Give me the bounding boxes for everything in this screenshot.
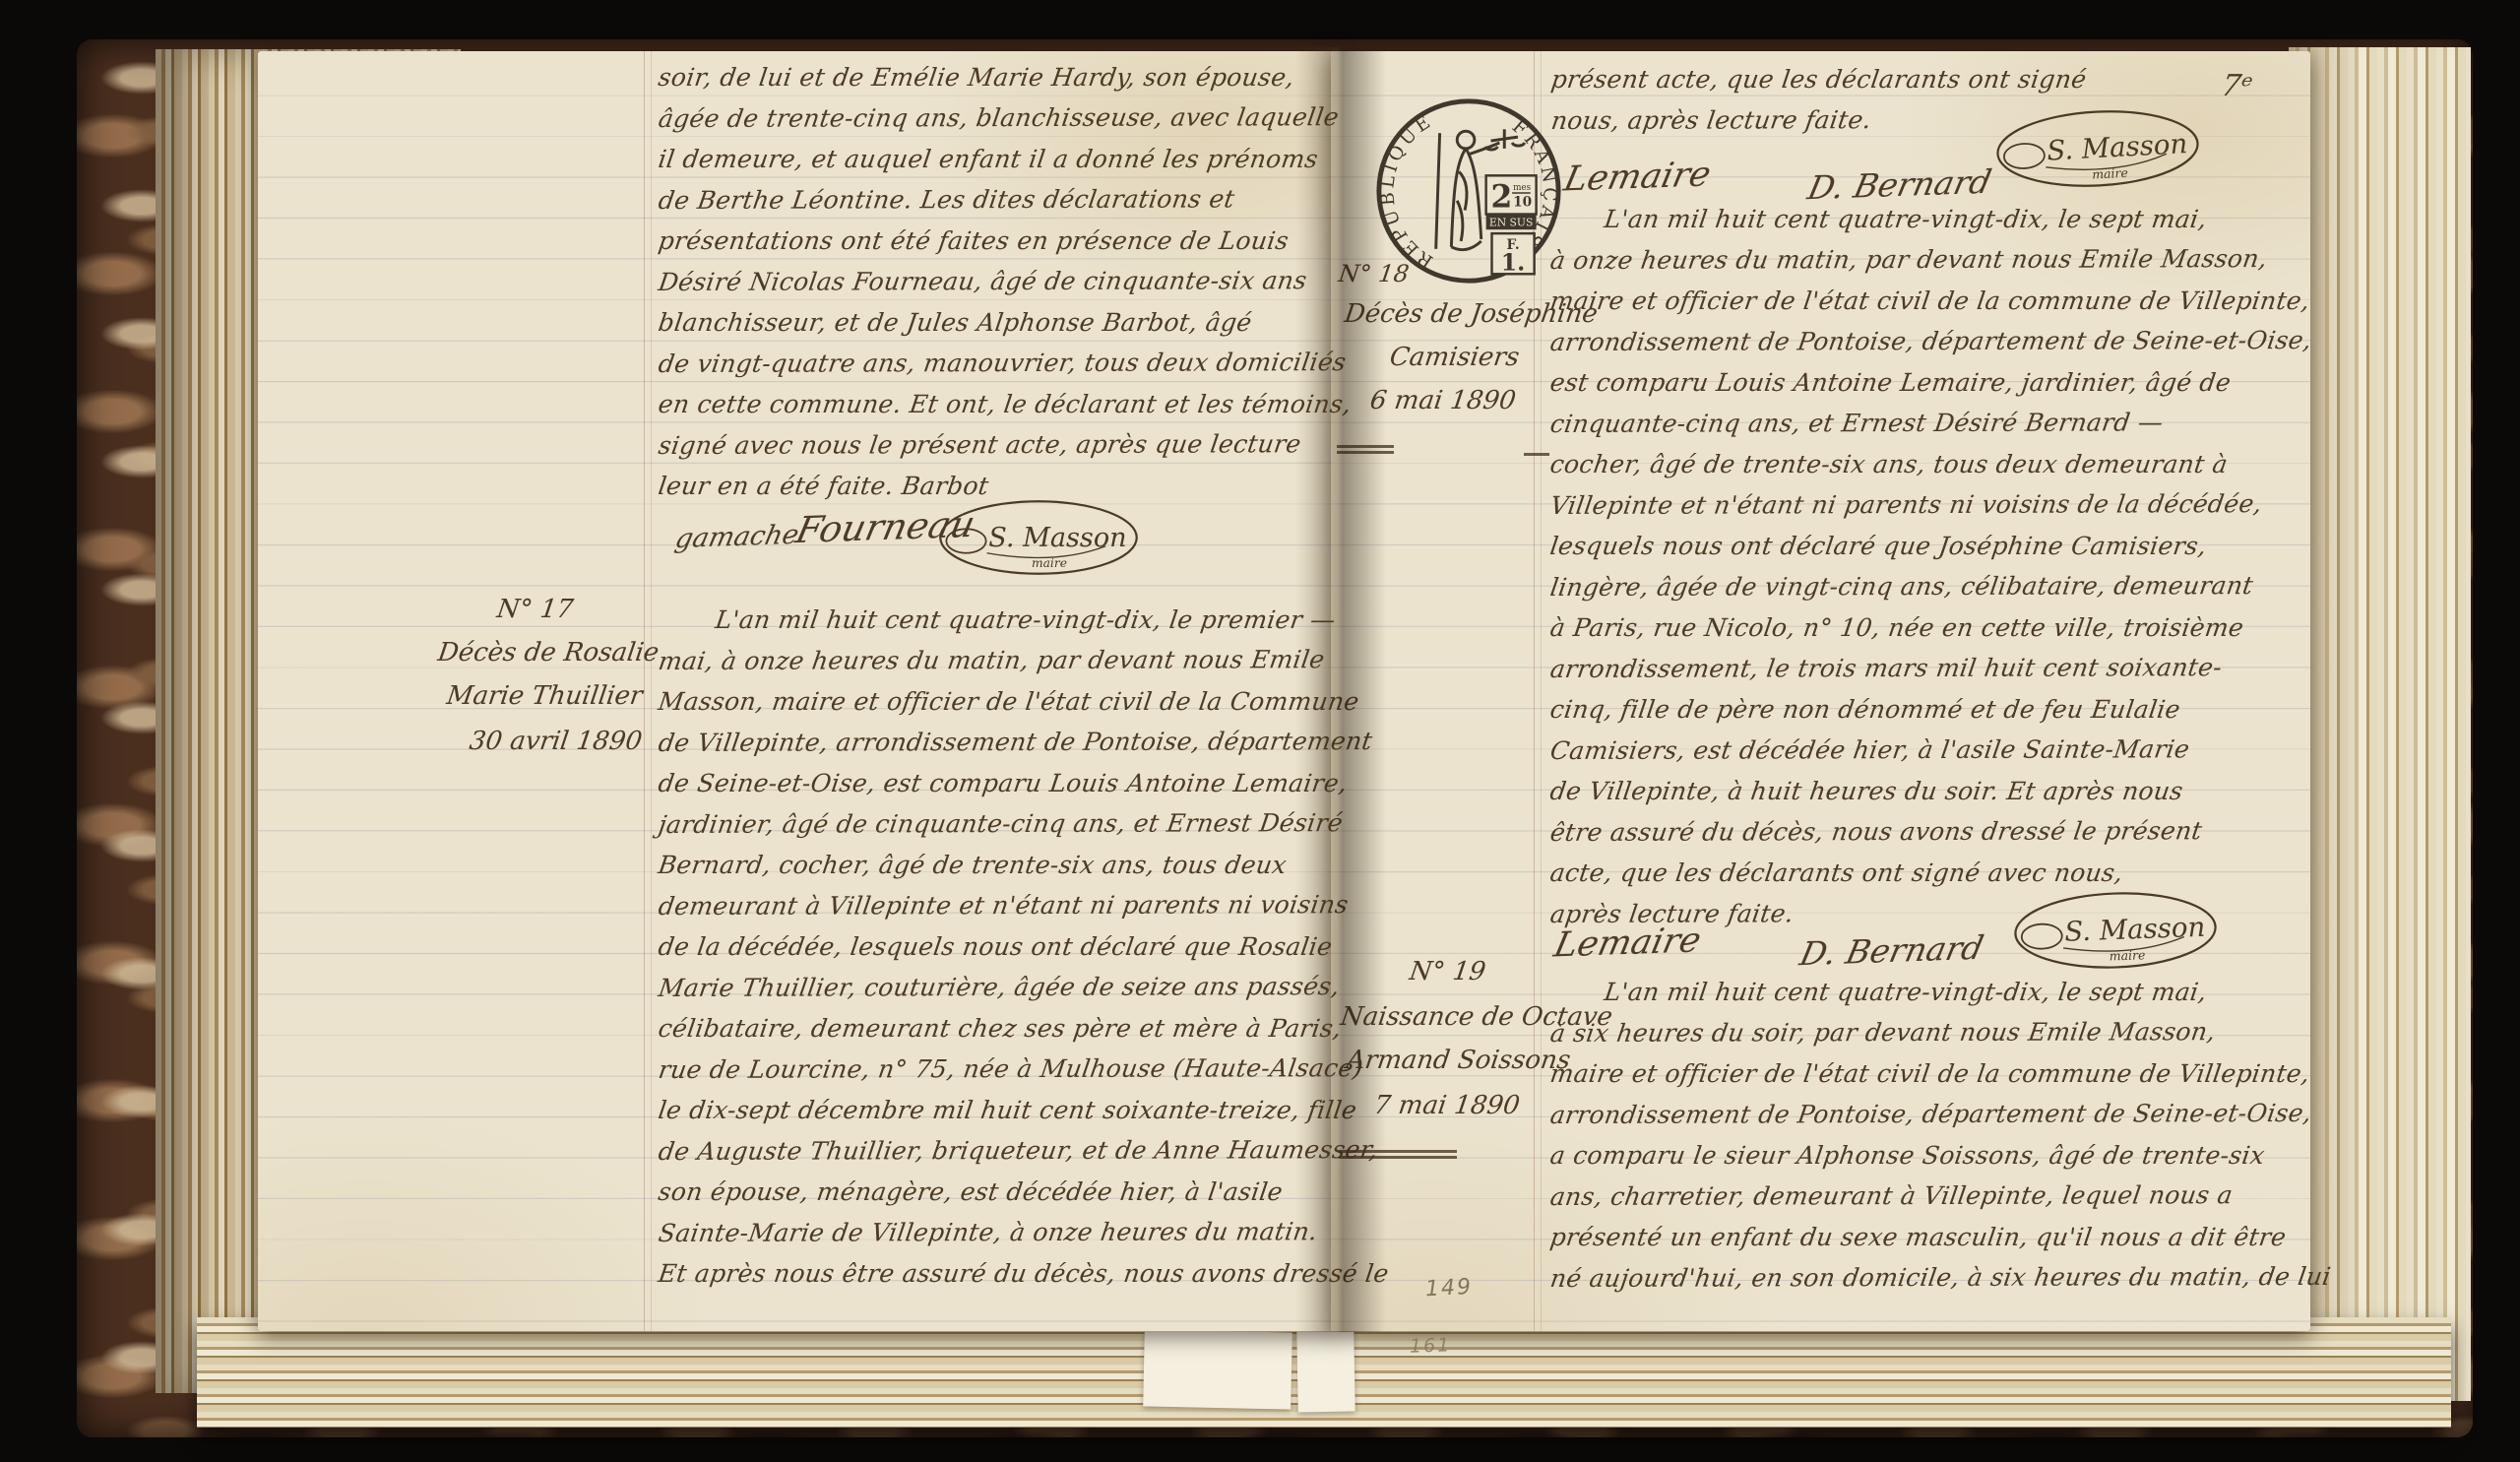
handwritten-line: son épouse, ménagère, est décédée hier, … bbox=[656, 1172, 1351, 1213]
margin-rule bbox=[651, 51, 652, 1331]
act19-date: 7 mai 1890 bbox=[1372, 1091, 1522, 1120]
flourish bbox=[946, 529, 985, 553]
mayor-title: maire bbox=[2110, 947, 2146, 963]
handwritten-line: de Auguste Thuillier, briqueteur, et de … bbox=[656, 1129, 1351, 1172]
handwritten-line: est comparu Louis Antoine Lemaire, jardi… bbox=[1547, 362, 2321, 404]
mayor-signature: S. Masson bbox=[2064, 911, 2206, 948]
tax-sup: mes bbox=[1513, 183, 1532, 193]
handwritten-line: de Berthe Léontine. Les dites déclaratio… bbox=[656, 178, 1341, 221]
tax-band: EN SUS bbox=[1489, 216, 1534, 228]
handwritten-line: Désiré Nicolas Fourneau, âgé de cinquant… bbox=[656, 260, 1341, 302]
handwritten-line: lesquels nous ont déclaré que Joséphine … bbox=[1547, 526, 2321, 567]
fiscal-stamp: RÉPUBLIQUE FRANÇAISE 2 mes 10 bbox=[1372, 95, 1565, 287]
act19-body-text: L'an mil huit cent quatre-vingt-dix, le … bbox=[1547, 972, 2325, 1299]
handwritten-line: blanchisseur, et de Jules Alphonse Barbo… bbox=[656, 302, 1341, 344]
act19-number: N° 19 bbox=[1408, 957, 1487, 986]
handwritten-line: à six heures du soir, par devant nous Em… bbox=[1547, 1010, 2331, 1053]
paper-slip bbox=[1143, 1329, 1292, 1409]
signature-witness-lemaire: Lemaire bbox=[1560, 155, 1714, 199]
handwritten-line: L'an mil huit cent quatre-vingt-dix, le … bbox=[1547, 199, 2321, 240]
handwritten-line: célibataire, demeurant chez ses père et … bbox=[656, 1008, 1351, 1049]
handwritten-line: de Seine-et-Oise, est comparu Louis Anto… bbox=[656, 763, 1351, 804]
handwritten-line: de Villepinte, à huit heures du soir. Et… bbox=[1547, 771, 2321, 812]
pencil-page-number-under: 161 bbox=[1410, 1334, 1452, 1357]
handwritten-line: signé avec nous le présent acte, après q… bbox=[656, 423, 1341, 466]
act18-type-line2: Camisiers bbox=[1388, 343, 1521, 372]
act18-date: 6 mai 1890 bbox=[1368, 386, 1518, 415]
margin-dash bbox=[1337, 445, 1394, 448]
handwritten-line: mai, à onze heures du matin, par devant … bbox=[656, 639, 1351, 681]
handwritten-line: Et après nous être assuré du décès, nous… bbox=[656, 1253, 1351, 1295]
handwritten-line: à Paris, rue Nicolo, n° 10, née en cette… bbox=[1547, 607, 2321, 649]
handwritten-line: présenté un enfant du sexe masculin, qu'… bbox=[1547, 1217, 2331, 1258]
mayor-title: maire bbox=[1032, 556, 1067, 570]
signature-witness-lemaire: Lemaire bbox=[1550, 921, 1704, 965]
tax-sub: 10 bbox=[1513, 195, 1532, 211]
mayor-title: maire bbox=[2092, 165, 2128, 182]
signature-witness-gamache: gamache bbox=[672, 520, 801, 554]
pencil-page-number: 149 bbox=[1424, 1275, 1473, 1302]
handwritten-line: lingère, âgée de vingt-cinq ans, célibat… bbox=[1547, 564, 2321, 607]
margin-dash bbox=[1524, 453, 1549, 456]
handwritten-line: arrondissement, le trois mars mil huit c… bbox=[1547, 646, 2321, 689]
act17-type-line2: Marie Thuillier bbox=[445, 681, 645, 711]
paper-slip bbox=[1296, 1329, 1354, 1413]
act18-number: N° 18 bbox=[1337, 260, 1411, 287]
mayor-signature: S. Masson bbox=[988, 523, 1126, 553]
margin-dash bbox=[1339, 1150, 1457, 1153]
signature-witness-bernard: D. Bernard bbox=[1796, 928, 1986, 973]
handwritten-line: cinquante-cinq ans, et Ernest Désiré Ber… bbox=[1547, 401, 2321, 444]
handwritten-line: être assuré du décès, nous avons dressé … bbox=[1547, 809, 2321, 853]
franc-value: 1. bbox=[1501, 248, 1526, 276]
stamp-arc-left-label: RÉPUBLIQUE bbox=[1377, 110, 1437, 272]
handwritten-line: le dix-sept décembre mil huit cent soixa… bbox=[656, 1090, 1351, 1131]
handwritten-line: maire et officier de l'état civil de la … bbox=[1547, 1053, 2331, 1095]
mayor-signature: S. Masson bbox=[2046, 127, 2188, 166]
mayor-oval-stamp: S. Masson maire bbox=[2008, 880, 2222, 980]
handwritten-line: jardinier, âgé de cinquante-cinq ans, et… bbox=[656, 802, 1351, 845]
handwritten-line: présent acte, que les déclarants ont sig… bbox=[1548, 59, 2243, 100]
handwritten-line: demeurant à Villepinte et n'étant ni par… bbox=[656, 884, 1351, 926]
handwritten-line: Bernard, cocher, âgé de trente-six ans, … bbox=[656, 845, 1351, 886]
handwritten-line: arrondissement de Pontoise, département … bbox=[1547, 1092, 2331, 1135]
tax-value: 2 bbox=[1491, 180, 1513, 216]
handwritten-line: cocher, âgé de trente-six ans, tous deux… bbox=[1547, 444, 2321, 485]
act16-continuation-text: soir, de lui et de Emélie Marie Hardy, s… bbox=[656, 57, 1335, 507]
handwritten-line: Marie Thuillier, couturière, âgée de sei… bbox=[656, 966, 1351, 1008]
handwritten-line: L'an mil huit cent quatre-vingt-dix, le … bbox=[1547, 972, 2331, 1013]
handwritten-line: Sainte-Marie de Villepinte, à onze heure… bbox=[656, 1211, 1351, 1253]
handwritten-line: de la décédée, lesquels nous ont déclaré… bbox=[656, 926, 1351, 968]
act18-body-text: L'an mil huit cent quatre-vingt-dix, le … bbox=[1547, 199, 2315, 934]
handwritten-line: maire et officier de l'état civil de la … bbox=[1547, 281, 2321, 322]
handwritten-line: à onze heures du matin, par devant nous … bbox=[1547, 237, 2321, 281]
handwritten-line: présentations ont été faites en présence… bbox=[656, 221, 1341, 262]
act17-number: N° 17 bbox=[495, 595, 575, 624]
act17-body-text: L'an mil huit cent quatre-vingt-dix, le … bbox=[656, 600, 1345, 1295]
right-page: présent acte, que les déclarants ont sig… bbox=[1331, 51, 2310, 1331]
handwritten-line: Villepinte et n'étant ni parents ni vois… bbox=[1547, 482, 2321, 526]
handwritten-line: âgée de trente-cinq ans, blanchisseuse, … bbox=[656, 96, 1341, 139]
handwritten-line: Camisiers, est décédée hier, à l'asile S… bbox=[1547, 728, 2321, 771]
flourish bbox=[2021, 923, 2062, 949]
handwritten-line: rue de Lourcine, n° 75, née à Mulhouse (… bbox=[656, 1048, 1351, 1090]
handwritten-line: L'an mil huit cent quatre-vingt-dix, le … bbox=[656, 600, 1351, 641]
mayor-oval-stamp: S. Masson maire bbox=[935, 492, 1142, 583]
handwritten-line: de vingt-quatre ans, manouvrier, tous de… bbox=[656, 342, 1341, 384]
handwritten-line: soir, de lui et de Emélie Marie Hardy, s… bbox=[656, 57, 1341, 98]
handwritten-line: cinq, fille de père non dénommé et de fe… bbox=[1547, 689, 2321, 731]
act19-type-line2: Armand Soissons bbox=[1345, 1046, 1572, 1075]
handwritten-line: en cette commune. Et ont, le déclarant e… bbox=[656, 384, 1341, 425]
handwritten-line: il demeure, et auquel enfant il a donné … bbox=[656, 139, 1341, 180]
left-page: soir, de lui et de Emélie Marie Hardy, s… bbox=[258, 51, 1337, 1331]
handwritten-line: né aujourd'hui, en son domicile, à six h… bbox=[1547, 1255, 2331, 1299]
mayor-oval-stamp: S. Masson maire bbox=[1990, 96, 2206, 200]
handwritten-line: Masson, maire et officier de l'état civi… bbox=[656, 681, 1351, 723]
handwritten-line: a comparu le sieur Alphonse Soissons, âg… bbox=[1547, 1135, 2331, 1176]
handwritten-line: de Villepinte, arrondissement de Pontois… bbox=[656, 721, 1351, 763]
handwritten-line: ans, charretier, demeurant à Villepinte,… bbox=[1547, 1174, 2331, 1217]
act17-date: 30 avril 1890 bbox=[468, 727, 644, 756]
flourish bbox=[2003, 143, 2045, 169]
margin-rule bbox=[644, 51, 645, 1331]
folio-number: 7ᵉ bbox=[2219, 69, 2255, 103]
photograph-of-register: soir, de lui et de Emélie Marie Hardy, s… bbox=[0, 0, 2520, 1462]
act17-type-line1: Décès de Rosalie bbox=[436, 638, 661, 667]
handwritten-line: arrondissement de Pontoise, département … bbox=[1547, 319, 2321, 362]
